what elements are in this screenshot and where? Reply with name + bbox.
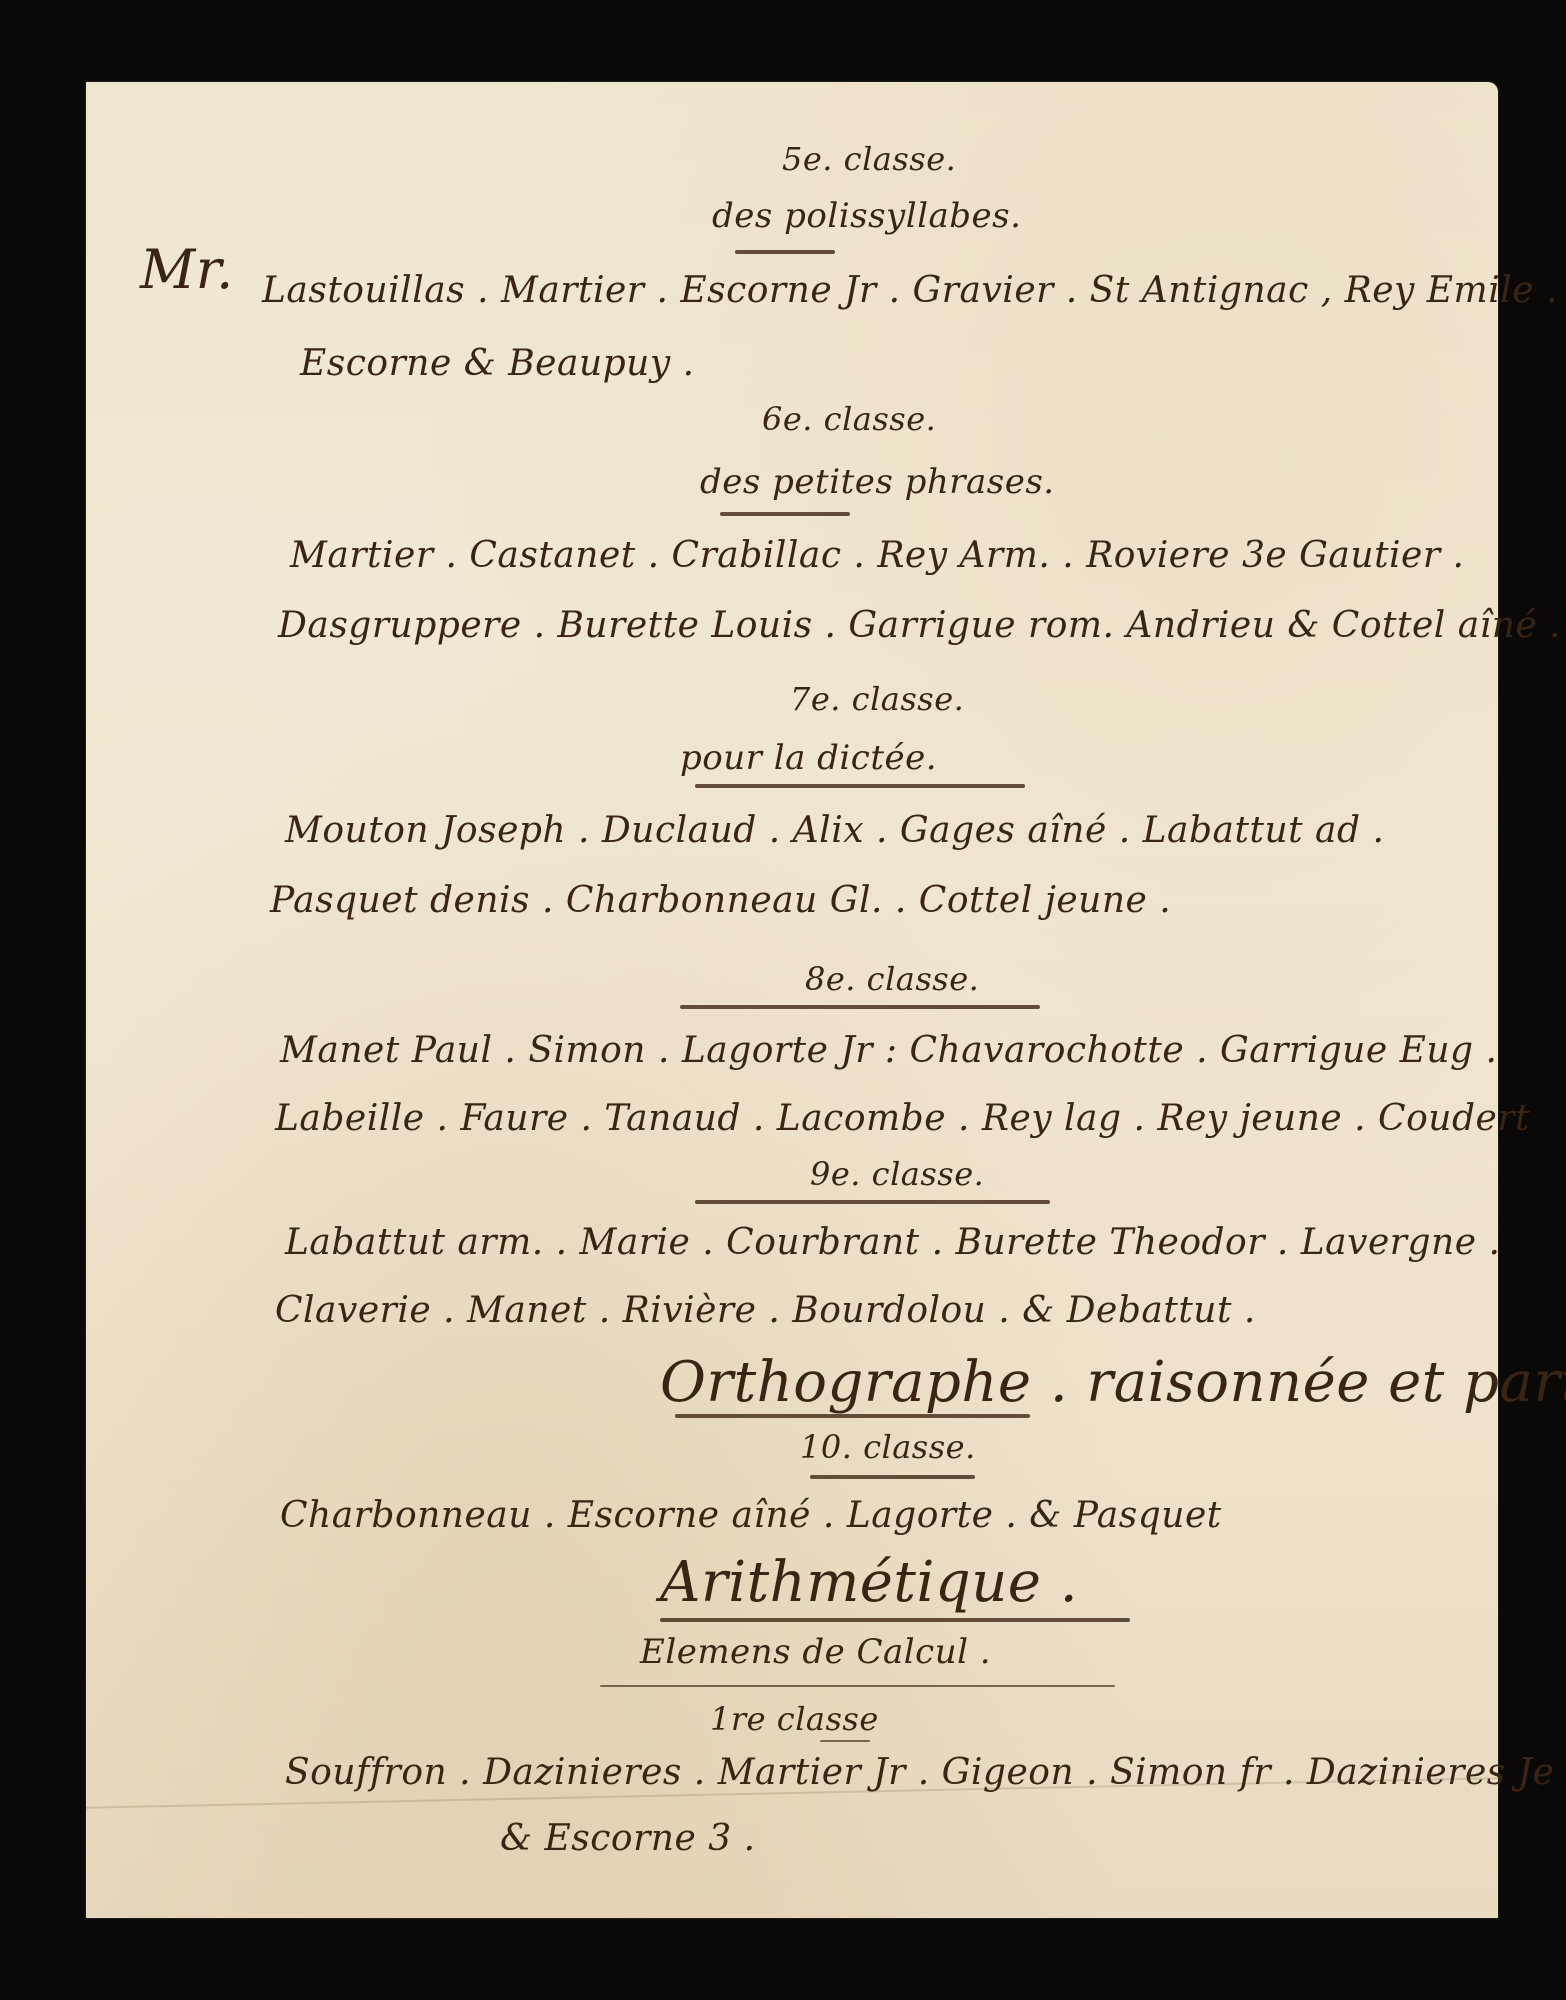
names-line: Martier . Castanet . Crabillac . Rey Arm… xyxy=(290,535,1464,576)
subject-dictee: pour la dictée. xyxy=(680,738,937,778)
names-line: Dasgruppere . Burette Louis . Garrigue r… xyxy=(278,605,1561,646)
honorific-mr: Mr. xyxy=(140,238,234,301)
names-line: Manet Paul . Simon . Lagorte Jr : Chavar… xyxy=(280,1030,1498,1071)
names-line: Mouton Joseph . Duclaud . Alix . Gages a… xyxy=(285,810,1384,851)
underline-rule xyxy=(675,1414,1030,1418)
underline-rule xyxy=(810,1475,975,1479)
underline-rule xyxy=(600,1685,1115,1687)
names-line: Claverie . Manet . Rivière . Bourdolou .… xyxy=(275,1290,1256,1331)
names-line: Labeille . Faure . Tanaud . Lacombe . Re… xyxy=(275,1098,1530,1139)
names-line: Labattut arm. . Marie . Courbrant . Bure… xyxy=(285,1222,1500,1263)
subject-petites-phrases: des petites phrases. xyxy=(700,462,1055,502)
heading-arithmetique: Arithmétique . xyxy=(660,1550,1078,1615)
underline-rule xyxy=(695,1200,1050,1204)
names-line: Charbonneau . Escorne aîné . Lagorte . &… xyxy=(280,1495,1222,1536)
subheading-calcul: Elemens de Calcul . xyxy=(640,1632,991,1672)
names-line: & Escorne 3 . xyxy=(500,1818,756,1859)
class-label-6: 6e. classe. xyxy=(762,400,936,438)
class-label-9: 9e. classe. xyxy=(810,1155,984,1193)
names-line: Escorne & Beaupuy . xyxy=(300,343,695,384)
underline-rule xyxy=(695,784,1025,788)
names-line: Pasquet denis . Charbonneau Gl. . Cottel… xyxy=(270,880,1171,921)
class-label-8: 8e. classe. xyxy=(805,960,979,998)
names-line: Souffron . Dazinieres . Martier Jr . Gig… xyxy=(285,1752,1566,1793)
heading-orthographe: Orthographe . raisonnée et participes . xyxy=(660,1350,1566,1415)
names-line: Lastouillas . Martier . Escorne Jr . Gra… xyxy=(262,270,1558,311)
class-label-1: 1re classe xyxy=(710,1700,879,1738)
subject-polissyllabes: des polissyllabes. xyxy=(712,196,1021,236)
underline-rule xyxy=(735,250,835,254)
class-label-10: 10. classe. xyxy=(800,1428,976,1466)
class-label-5: 5e. classe. xyxy=(782,140,956,178)
class-label-7: 7e. classe. xyxy=(790,680,964,718)
underline-rule xyxy=(820,1740,870,1742)
underline-rule xyxy=(720,512,850,516)
underline-rule xyxy=(660,1618,1130,1622)
underline-rule xyxy=(680,1005,1040,1009)
